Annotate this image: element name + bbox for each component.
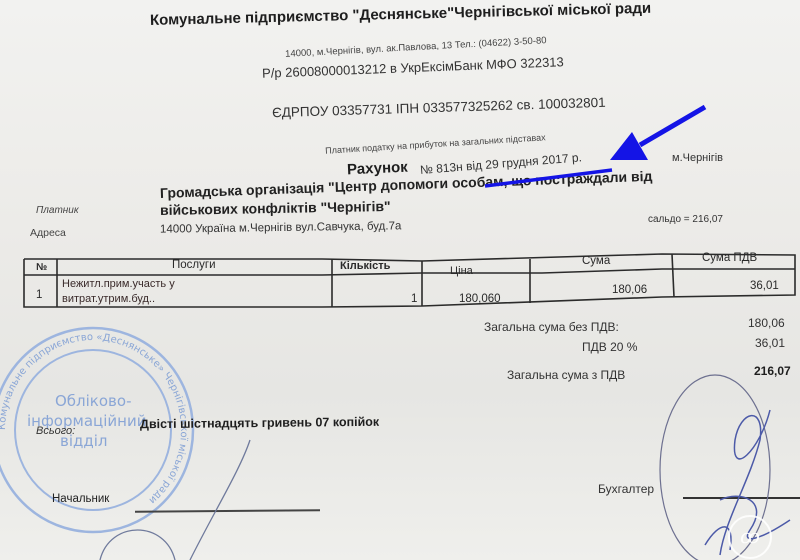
chief-signature-line <box>135 509 320 513</box>
header-no: № <box>36 262 47 273</box>
vat-amount: 36,01 <box>755 336 785 350</box>
accountant-signature-line <box>683 497 800 499</box>
total-with-vat: 216,07 <box>754 364 791 378</box>
accountant-label: Бухгалтер <box>598 482 654 496</box>
header-services: Послуги <box>172 259 216 271</box>
invoice-city: м.Чернігів <box>672 152 723 164</box>
row-price: 180,060 <box>459 293 501 305</box>
payer-name-line2: військових конфліктів "Чернігів" <box>160 198 391 218</box>
row-no: 1 <box>36 289 42 301</box>
address-label: Адреса <box>30 227 66 239</box>
chief-label: Начальник <box>52 493 109 505</box>
header-quantity: Кількість <box>340 260 390 272</box>
header-sum: Сума <box>582 255 610 267</box>
payer-address: 14000 Україна м.Чернігів вул.Савчука, бу… <box>160 220 401 235</box>
invoice-title: Рахунок <box>347 159 408 179</box>
tax-status-note: Платник податку на прибуток на загальних… <box>325 132 546 155</box>
vat-label: ПДВ 20 % <box>582 340 637 354</box>
row-quantity: 1 <box>411 293 417 305</box>
header-vat-sum: Сума ПДВ <box>702 252 757 264</box>
total-without-vat: 180,06 <box>748 316 785 330</box>
invoice-document: Комунальне підприємство "Деснянське"Черн… <box>0 0 800 560</box>
balance: сальдо = 216,07 <box>648 214 723 225</box>
company-name: Комунальне підприємство "Деснянське"Черн… <box>150 0 652 29</box>
header-price: Ціна <box>450 265 473 277</box>
total-with-vat-label: Загальна сума з ПДВ <box>507 368 625 382</box>
row-service-line2: витрат.утрим.буд.. <box>62 293 155 305</box>
watermark-logo: ꝏ <box>728 515 772 559</box>
total-in-words: Двісті шістнадцять гривень 07 копійок <box>140 415 379 432</box>
services-table: № Послуги Кількість Ціна Сума Сума ПДВ 1… <box>22 251 797 314</box>
company-codes: ЄДРПОУ 03357731 ІПН 033577325262 св. 100… <box>272 95 606 120</box>
row-sum: 180,06 <box>612 284 647 296</box>
total-without-vat-label: Загальна сума без ПДВ: <box>484 320 619 334</box>
payer-label: Платник <box>36 205 79 216</box>
total-words-label: Всього: <box>36 425 75 437</box>
row-service-line1: Нежитл.прим.участь у <box>62 278 175 290</box>
row-vat: 36,01 <box>750 280 779 292</box>
stamp-line1: Обліково- <box>55 392 131 410</box>
